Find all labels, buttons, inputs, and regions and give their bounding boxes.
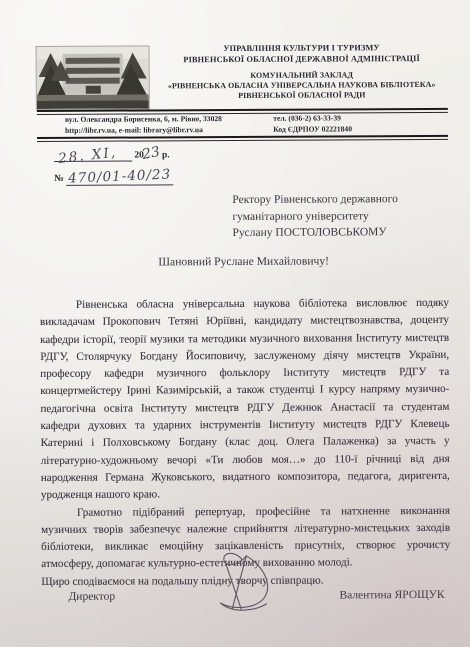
signer-title: Директор — [68, 591, 115, 603]
addressee-line: гуманітарного університету — [232, 208, 398, 225]
contact-info: вул. Олександра Борисенка, 6, м. Рівне, … — [65, 113, 437, 136]
addressee-block: Ректору Рівненського державного гуманіта… — [232, 191, 398, 241]
reference-block: 28. XI, 2023 р. № 470/01-40/23 — [54, 142, 173, 186]
institution-name: КОМУНАЛЬНИЙ ЗАКЛАД «РІВНЕНСЬКА ОБЛАСНА У… — [157, 70, 447, 102]
contact-address-block: вул. Олександра Борисенка, 6, м. Рівне, … — [65, 114, 273, 136]
body-paragraph-1: Рівненська обласна універсальна наукова … — [40, 295, 450, 505]
salutation: Шановний Руслане Михайловичу! — [40, 254, 448, 269]
department-line: РІВНЕНСЬКОЇ ОБЛАСНОЇ ДЕРЖАВНОЇ АДМІНІСТР… — [157, 53, 447, 65]
contact-phone-block: тел. (036-2) 63-33-39 Код ЄДРПОУ 0222184… — [273, 113, 437, 135]
addressee-line: Руслану ПОСТОЛОВСЬКОМУ — [232, 224, 398, 241]
date-underline: 28. XI, — [54, 143, 132, 162]
department-name: УПРАВЛІННЯ КУЛЬТУРИ І ТУРИЗМУ РІВНЕНСЬКО… — [157, 43, 447, 66]
web-and-email: http://libr.rv.ua, e-mail: library@libr.… — [65, 124, 273, 136]
number-line: № 470/01-40/23 — [54, 168, 173, 186]
number-sign: № — [54, 174, 64, 184]
handwritten-year: 23 — [141, 144, 161, 163]
letter-sheet: УПРАВЛІННЯ КУЛЬТУРИ І ТУРИЗМУ РІВНЕНСЬКО… — [0, 0, 470, 647]
letterhead-divider-bottom — [37, 135, 448, 142]
signer-name: Валентина ЯРОЩУК — [339, 589, 444, 602]
date-line: 28. XI, 2023 р. — [54, 142, 173, 165]
scanned-letter-photo: УПРАВЛІННЯ КУЛЬТУРИ І ТУРИЗМУ РІВНЕНСЬКО… — [0, 0, 470, 647]
handwritten-signature-icon — [206, 548, 286, 626]
number-underline: 470/01-40/23 — [66, 168, 173, 186]
edrpou-code: Код ЄДРПОУ 02221840 — [273, 123, 437, 134]
institution-line: РІВНЕНСЬКОЇ ОБЛАСНОЇ РАДИ — [157, 90, 447, 102]
letter-body: Рівненська обласна універсальна наукова … — [40, 295, 451, 591]
handwritten-number: 470/01-40/23 — [68, 167, 172, 187]
year-suffix: р. — [162, 150, 170, 160]
letterhead: УПРАВЛІННЯ КУЛЬТУРИ І ТУРИЗМУ РІВНЕНСЬКО… — [37, 43, 447, 109]
handwritten-date: 28. XI, — [57, 145, 117, 167]
letterhead-org-block: УПРАВЛІННЯ КУЛЬТУРИ І ТУРИЗМУ РІВНЕНСЬКО… — [149, 43, 447, 109]
library-building-photo-icon — [37, 46, 149, 109]
addressee-line: Ректору Рівненського державного — [232, 191, 398, 208]
